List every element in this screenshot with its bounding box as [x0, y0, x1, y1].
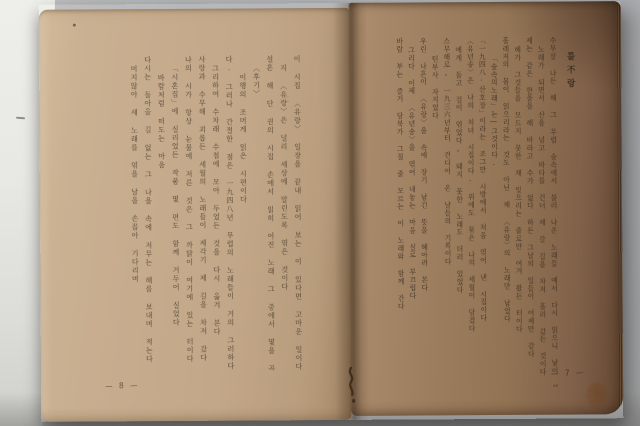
text-column: 흘레저의 몸이 읽으리라는 것도 아닌 채 〈유랑〉의 노래만 남었다: [498, 37, 512, 387]
emphasis-dots: ∶∶: [282, 96, 289, 105]
text-column: 머지않아 새 노래를 엮을 날을 손꼽아 기다리며: [126, 56, 142, 380]
right-page-number: — 7 —: [551, 368, 586, 378]
book-gutter-shadow: [333, 3, 370, 420]
text-column: 사랑과 수무해 괴롭든 세월의 노래들이 제각기 제 길을 차저 갔다: [194, 56, 210, 371]
text-column: 이 시집 〈유랑〉 일장을 끝내 읽어 보는 이 있다면 고마운 일이다: [289, 55, 305, 370]
binding-thread: [343, 366, 359, 396]
open-book: 이 시집 〈유랑〉 일장을 끝내 읽어 보는 이 있다면 고마운 일이다지 〈유…: [39, 1, 624, 422]
paper-speck: [73, 24, 76, 27]
right-page-text-block: 수무살 나든 해 그 무렵 숲속에서 불러 나온 노래들 예서 다시 읽으니 낯…: [392, 37, 559, 388]
left-page: 이 시집 〈유랑〉 일장을 끝내 읽어 보는 이 있다면 고마운 일이다지 〈유…: [39, 8, 352, 422]
photo-scene: 이 시집 〈유랑〉 일장을 끝내 읽어 보는 이 있다면 고마운 일이다지 〈유…: [0, 0, 640, 426]
text-column: 설흔 해 단 권의 시집 손에서 읽히 어진 노래 그 중에서 몇을 골랐다: [262, 55, 278, 370]
text-column: 그리하여 수차래 수첩에 모아 두었든 것을 다시 옮겨 본다: [208, 56, 224, 380]
text-column: 노래가 되면서 산을 넘고 바다를 건너 제 갈 길을 차저 흘러 갔든 것이다: [533, 37, 547, 396]
text-column: 해가 그것들을 모드지 못한 채 잊으리는 줄로만 여겨 왔든 터이다: [510, 37, 524, 396]
left-page-number: — 8 —: [105, 381, 140, 391]
paper-stain: [585, 382, 609, 410]
text-column: 나의 시가 항상 눈물에 저른 것은 그 까닭이 여기에 있는 터이다: [181, 56, 197, 371]
text-column: 수무살 나든 해 그 무렵 숲속에서 불러 나온 노래들 예서 다시 읽으니 낯…: [545, 37, 559, 387]
text-column: 이행의 조머게 읽은 시편이다: [235, 56, 251, 389]
text-column: 에게 돌고 걸이 엮었다, 돼지 못한 노래도 더러 있었다: [451, 37, 465, 396]
text-column: 바람 부는 줄거 담북가 그칠 줄 모르는 이 노래와 함께 간다: [392, 38, 406, 388]
binding-hole: [352, 399, 355, 403]
text-column: 스무해로, 一九三六년부터 견디어 온 날들의 기록이다: [439, 37, 453, 387]
text-column: 우린 나흔이 〈유랑〉을 속에 장기 남긴 뜻을 혜아려 본다: [415, 37, 429, 387]
text-column: 「시혼집」에 실리었든 작품 몇 편도 함께 거두어 실었다: [167, 56, 183, 380]
running-head: 를不랑: [564, 52, 576, 132]
left-page-text-block: 이 시집 〈유랑〉 일장을 끝내 읽어 보는 이 있다면 고마운 일이다지 〈유…: [117, 55, 305, 371]
text-column: 다시는 돌아올 길 없는 그 나을 속에 저무는 해를 보내며 적는다: [140, 56, 156, 371]
text-column: 다. 그러나 간절한 점은 一九四八년 무렵의 노래들이 거의 그러하다: [221, 56, 237, 371]
text-column: 「一九四八·산호장」이라는 조그만 시방에서 처음 엮어 낸 시집이다: [474, 37, 488, 387]
right-page: 수무살 나든 해 그 무렵 숲속에서 불러 나온 노래들 예서 다시 읽으니 낯…: [349, 1, 624, 416]
text-column: 바람처럼 떠도는 마음: [154, 56, 170, 389]
